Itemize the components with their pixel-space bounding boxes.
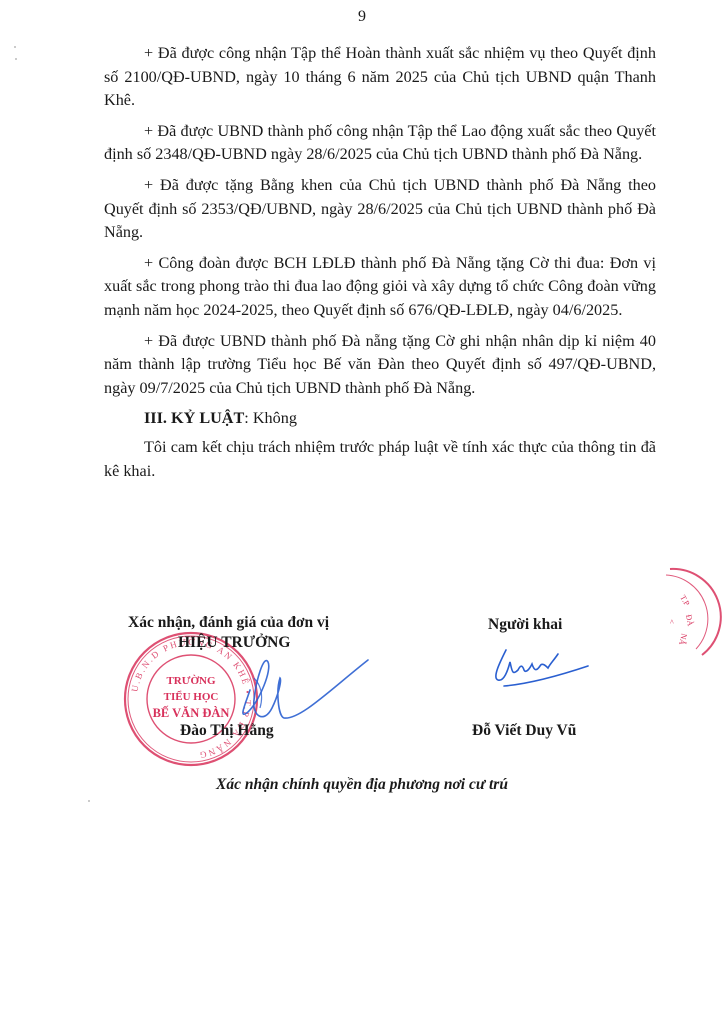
principal-name: Đào Thị Hằng	[180, 722, 274, 740]
partial-stamp: T.P ĐÀ NẴ ^	[660, 565, 724, 665]
svg-text:ĐÀ: ĐÀ	[684, 614, 696, 627]
residence-confirmation-heading: Xác nhận chính quyền địa phương nơi cư t…	[0, 776, 724, 794]
award-paragraph: + Công đoàn được BCH LĐLĐ thành phố Đà N…	[104, 252, 656, 323]
svg-text:BẾ VĂN ĐÀN: BẾ VĂN ĐÀN	[153, 705, 230, 720]
scan-speck	[88, 800, 90, 802]
award-paragraph: + Đã được UBND thành phố Đà nẵng tặng Cờ…	[104, 330, 656, 401]
discipline-value: : Không	[244, 409, 297, 427]
award-paragraph: + Đã được công nhận Tập thể Hoàn thành x…	[104, 42, 656, 113]
svg-text:T.P: T.P	[678, 594, 691, 608]
declarant-signature	[488, 640, 598, 690]
page-number: 9	[0, 8, 724, 26]
svg-text:^: ^	[670, 618, 674, 627]
declarant-title: Người khai	[488, 616, 562, 634]
svg-text:TRƯỜNG: TRƯỜNG	[166, 675, 216, 687]
scan-speck	[14, 46, 16, 48]
award-paragraph: + Đã được tặng Bằng khen của Chủ tịch UB…	[104, 174, 656, 245]
discipline-heading: III. KỶ LUẬT	[144, 409, 244, 427]
document-body: + Đã được công nhận Tập thể Hoàn thành x…	[104, 42, 656, 490]
unit-confirmation-title: Xác nhận, đánh giá của đơn vị	[128, 614, 329, 632]
svg-text:TIỂU HỌC: TIỂU HỌC	[164, 690, 219, 703]
scan-speck	[15, 58, 17, 60]
principal-signature	[220, 650, 370, 730]
discipline-section: III. KỶ LUẬT: Không	[104, 407, 656, 431]
declarant-name: Đỗ Viết Duy Vũ	[472, 722, 576, 740]
award-paragraph: + Đã được UBND thành phố công nhận Tập t…	[104, 120, 656, 167]
commitment-statement: Tôi cam kết chịu trách nhiệm trước pháp …	[104, 436, 656, 483]
svg-text:NẴ: NẴ	[677, 632, 690, 646]
